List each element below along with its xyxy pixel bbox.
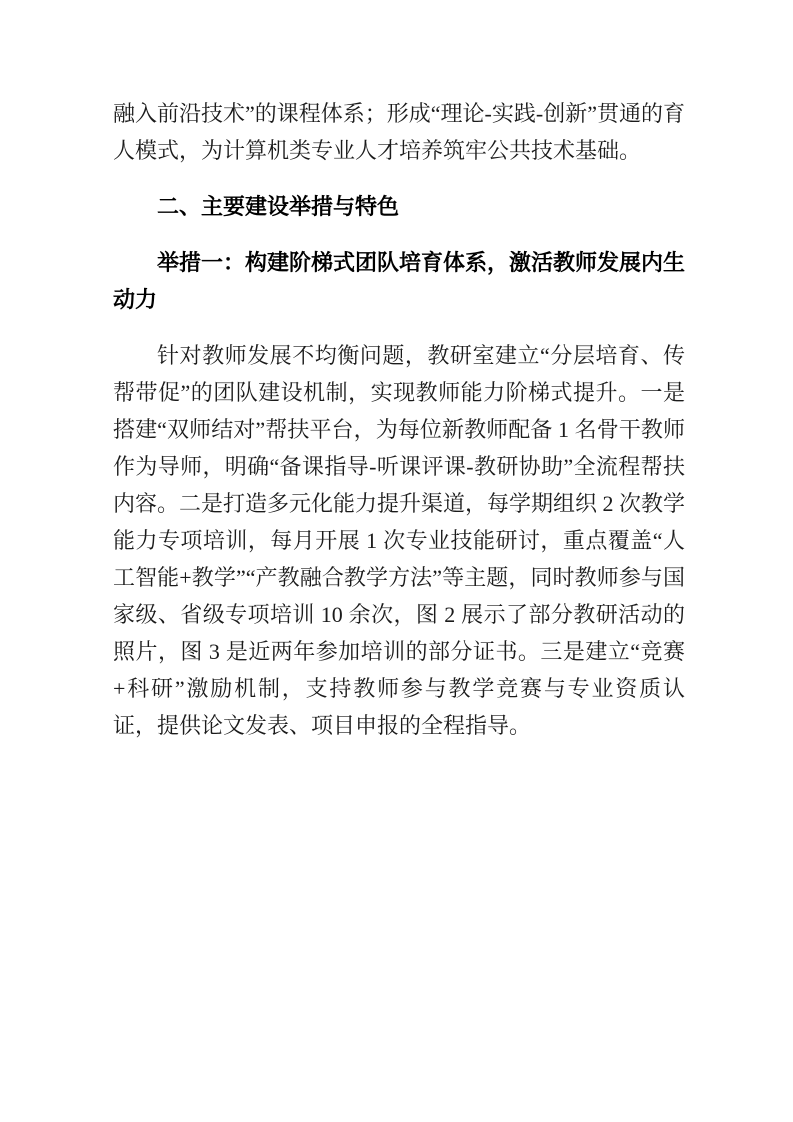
measure-one-body-paragraph: 针对教师发展不均衡问题，教研室建立“分层培育、传帮带促”的团队建设机制，实现教师… [113,337,685,744]
document-page: 融入前沿技术”的课程体系；形成“理论-实践-创新”贯通的育人模式，为计算机类专业… [0,0,793,1122]
document-content: 融入前沿技术”的课程体系；形成“理论-实践-创新”贯通的育人模式，为计算机类专业… [113,95,685,744]
paragraph-continued-from-previous-page: 融入前沿技术”的课程体系；形成“理论-实践-创新”贯通的育人模式，为计算机类专业… [113,95,685,169]
measure-one-heading: 举措一：构建阶梯式团队培育体系，激活教师发展内生动力 [113,244,685,318]
section-heading-two: 二、主要建设举措与特色 [113,188,685,225]
